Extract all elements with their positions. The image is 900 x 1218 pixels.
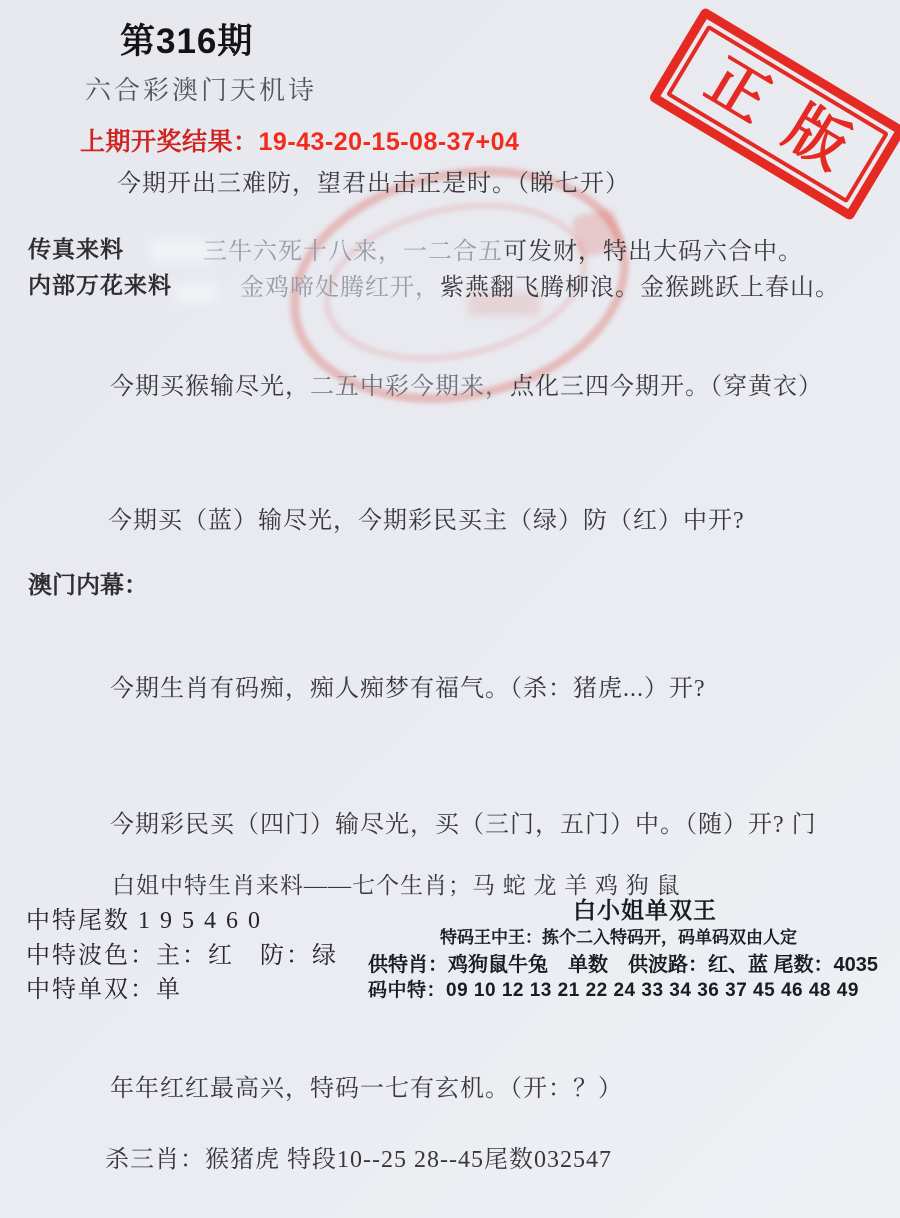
baixiaojie-number-line: 码中特：09 10 12 13 21 22 24 33 34 36 37 45 …: [368, 975, 859, 1002]
poem-monkey-part1: 今期买猴输尽光，: [110, 374, 310, 400]
baixiaojie-title: 白小姐单双王: [573, 892, 717, 925]
zhongte-wave-colors: 中特波色：主：红 防：绿: [26, 935, 338, 970]
poem-line-color: 今期买（蓝）输尽光，今期彩民买主（绿）防（红）中开?: [108, 500, 745, 535]
zhengban-stamp-border: 正版: [666, 25, 889, 204]
fax-source-label: 传真来料: [28, 231, 124, 264]
poem-monkey-part3: 点化三四今期开。（穿黄衣）: [510, 374, 823, 400]
last-draw-result-numbers: 19-43-20-15-08-37+04: [259, 128, 520, 156]
baixiaojie-king-line: 特码王中王：拣个二入特码开，码单码双由人定: [440, 923, 797, 948]
last-draw-result: 上期开奖结果：19-43-20-15-08-37+04: [80, 122, 519, 158]
poem-line-monkey: 今期买猴输尽光，二五中彩今期来，点化三四今期开。（穿黄衣）: [110, 366, 823, 401]
poem-monkey-part2: 二五中彩今期来，: [310, 374, 510, 400]
zhongte-odd-even: 中特单双：单: [26, 969, 182, 1004]
kill-three-zodiac-line: 杀三肖：猴猪虎 特段10--25 28--45尾数032547: [105, 1139, 612, 1174]
internal-source-label: 内部万花来料: [28, 267, 172, 300]
whiteout-smudge: [174, 284, 218, 302]
macau-insider-label: 澳门内幕：: [28, 565, 148, 600]
fax-poem-line: 三牛六死十八来，一二合五可发财，特出大码六合中。: [203, 231, 803, 266]
fax-poem-dark-part: 可发财，特出大码六合中。: [503, 239, 803, 265]
fax-poem-faded-part: 三牛六死十八来，一二合五: [203, 239, 503, 265]
tip-sheet-page: 第316期 六合彩澳门天机诗 上期开奖结果：19-43-20-15-08-37+…: [0, 0, 900, 1218]
zhengban-stamp: 正版: [648, 7, 900, 222]
internal-poem-faded-part: 金鸡啼处腾红开，: [240, 275, 440, 301]
last-draw-result-label: 上期开奖结果：: [80, 128, 259, 156]
baixiaojie-zodiac-wave-line: 供特肖：鸡狗鼠牛兔 单数 供波路：红、蓝 尾数：4035: [368, 948, 878, 977]
internal-poem-dark-part: 紫燕翻飞腾柳浪。金猴跳跃上春山。: [440, 275, 840, 301]
poem-line-zodiac: 今期生肖有码痴，痴人痴梦有福气。（杀：猪虎...）开?: [110, 668, 706, 703]
zhengban-stamp-text: 正版: [697, 49, 886, 195]
poem-line-top: 今期开出三难防，望君出击正是时。（睇七开）: [117, 163, 630, 198]
poem-line-doors: 今期彩民买（四门）输尽光，买（三门，五门）中。（随）开? 门: [110, 804, 817, 839]
zhongte-tail-numbers: 中特尾数 1 9 5 4 6 0: [26, 900, 262, 935]
page-subtitle: 六合彩澳门天机诗: [85, 70, 317, 107]
poem-line-red: 年年红红最高兴，特码一七有玄机。（开：？）: [110, 1068, 623, 1103]
issue-title: 第316期: [120, 14, 253, 64]
internal-poem-line: 金鸡啼处腾红开，紫燕翻飞腾柳浪。金猴跳跃上春山。: [240, 267, 840, 302]
